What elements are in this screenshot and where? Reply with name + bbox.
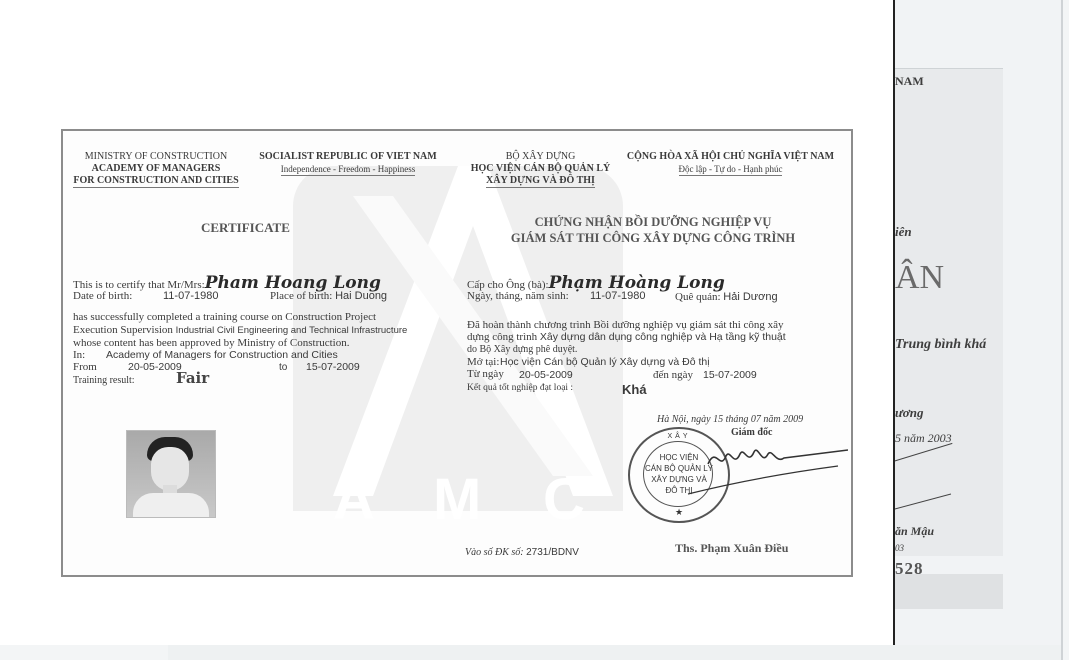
registry: Vào số ĐK số: 2731/BDNV <box>465 547 579 558</box>
watermark-letter: C <box>543 466 585 533</box>
vi-from-date: 20-05-2009 <box>519 369 573 381</box>
back-fragment-grade: Trung bình khá <box>895 337 986 353</box>
vi-hometown: Quê quán: Hải Dương <box>675 291 778 303</box>
vi-from-label: Từ ngày <box>467 368 504 380</box>
vi-title: CHỨNG NHẬN BỒI DƯỠNG NGHIỆP VỤ GIÁM SÁT … <box>503 214 803 246</box>
vi-result-label: Kết quả tốt nghiệp đạt loại : <box>467 383 573 393</box>
en-state-header: SOCIALIST REPUBLIC OF VIET NAM Independe… <box>248 151 448 176</box>
vi-completion-line: do Bộ Xây dựng phê duyệt. <box>467 344 577 355</box>
registry-number: 2731/BDNV <box>526 547 579 558</box>
en-completion-line: whose content has been approved by Minis… <box>73 337 349 349</box>
en-completion-line: Execution Supervision Industrial Civil E… <box>73 324 407 336</box>
vi-issuer: BỘ XÂY DỰNG HỌC VIỆN CÁN BỘ QUẢN LÝ XÂY … <box>463 151 618 187</box>
en-completion-line: has successfully completed a training co… <box>73 311 376 323</box>
holder-photo <box>126 430 216 518</box>
en-dob-label: Date of birth: <box>73 290 132 302</box>
back-page-strip <box>893 574 1003 609</box>
en-to-label: to <box>279 362 287 373</box>
en-to-date: 15-07-2009 <box>306 361 360 373</box>
en-title: CERTIFICATE <box>201 220 290 236</box>
back-fragment-signer: ăn Mậu <box>895 524 934 539</box>
certificate: A M C MINISTRY OF CONSTRUCTION ACADEMY O… <box>61 129 853 577</box>
vi-held-at-value: Học viện Cán bộ Quản lý Xây dựng và Đô t… <box>500 356 710 368</box>
watermark-letter: A <box>333 466 375 533</box>
vi-dob-value: 11-07-1980 <box>590 290 645 302</box>
back-fragment-place: ương <box>895 405 924 421</box>
back-certificate-inner: NAM iên ÂN Trung bình khá ương 5 năm 200… <box>893 68 1003 556</box>
back-fragment-title: ÂN <box>895 259 944 297</box>
en-pob: Place of birth: Hai Duong <box>270 290 387 302</box>
front-page: A M C MINISTRY OF CONSTRUCTION ACADEMY O… <box>0 0 895 645</box>
watermark-letter: M <box>433 466 481 533</box>
vi-completion-line: dựng công trình Xây dựng dân dụng công n… <box>467 331 786 343</box>
back-fragment-year: 5 năm 2003 <box>895 431 952 446</box>
back-signature-stroke <box>893 493 951 509</box>
en-from-label: From <box>73 361 97 373</box>
back-fragment-nam: NAM <box>895 74 924 89</box>
en-dob-value: 11-07-1980 <box>163 290 218 302</box>
vi-completion-line: Đã hoàn thành chương trình Bồi dưỡng ngh… <box>467 319 784 331</box>
place-date: Hà Nội, ngày 15 tháng 07 năm 2009 <box>657 414 803 425</box>
en-result-value: Fair <box>176 369 209 387</box>
vi-state-header: CỘNG HÒA XÃ HỘI CHỦ NGHĨA VIỆT NAM Độc l… <box>618 151 843 176</box>
back-fragment-small: 03 <box>895 543 904 553</box>
back-fragment-vien: iên <box>895 224 912 240</box>
bottom-page-edge <box>168 645 1061 660</box>
back-certificate-page: NAM iên ÂN Trung bình khá ương 5 năm 200… <box>893 0 1063 660</box>
signer-name: Ths. Phạm Xuân Điều <box>675 541 788 556</box>
vi-result-value: Khá <box>622 382 647 397</box>
en-in-value: Academy of Managers for Construction and… <box>106 349 338 361</box>
director-signature <box>668 436 848 496</box>
en-from-date: 20-05-2009 <box>128 361 182 373</box>
en-in-label: In: <box>73 349 85 361</box>
en-issuer: MINISTRY OF CONSTRUCTION ACADEMY OF MANA… <box>71 151 241 187</box>
en-result-label: Training result: <box>73 375 135 386</box>
vi-held-at-label: Mở tại: <box>467 356 499 368</box>
vi-dob-label: Ngày, tháng, năm sinh: <box>467 290 569 302</box>
vi-to-label: đến ngày <box>653 369 693 381</box>
vi-to-date: 15-07-2009 <box>703 369 757 381</box>
